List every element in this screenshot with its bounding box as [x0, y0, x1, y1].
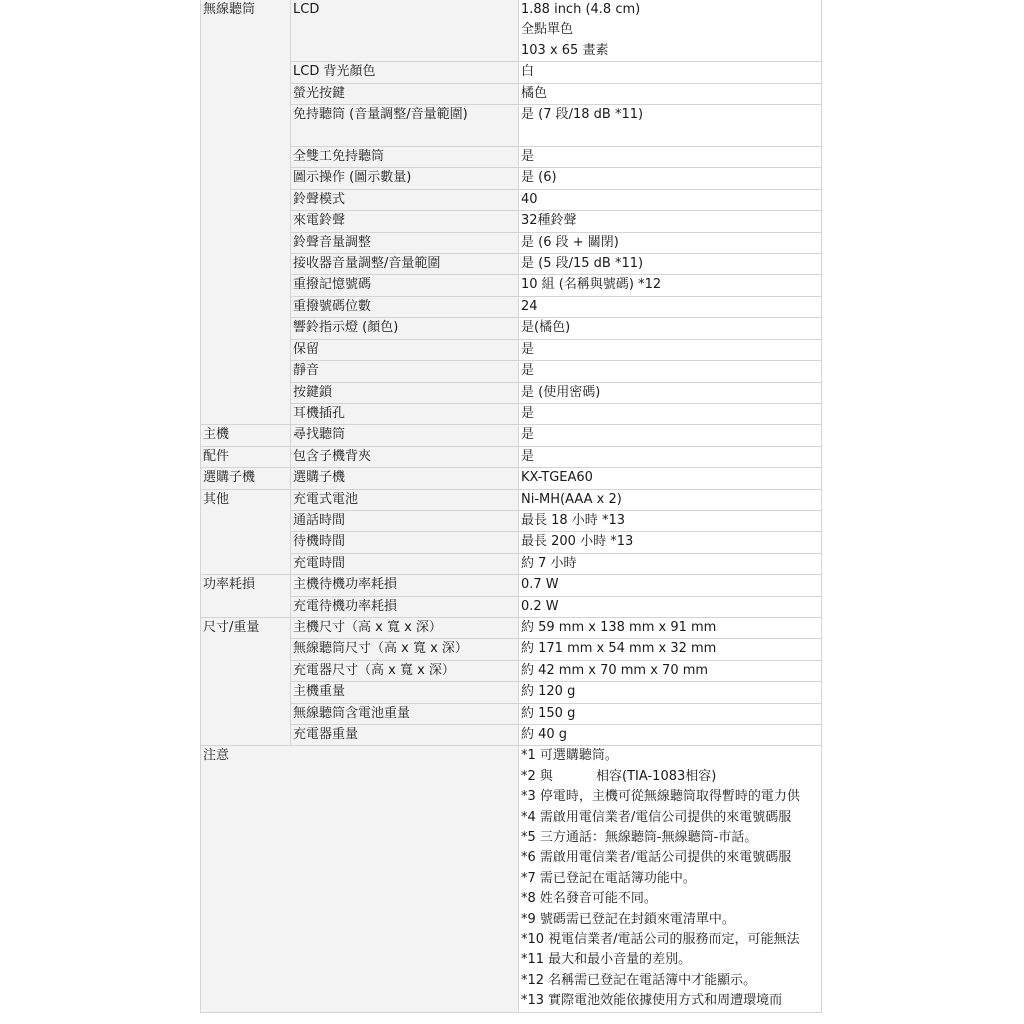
spec-value: 是 (6) [519, 168, 822, 189]
note-item: *3 停電時，主機可從無線聽筒取得暫時的電力供 [521, 787, 819, 807]
note-item: *11 最大和最小音量的差別。 [521, 950, 819, 970]
spec-value: 是 [519, 425, 822, 446]
spec-value: Ni-MH(AAA x 2) [519, 489, 822, 510]
spec-label: LCD [291, 0, 519, 62]
spec-label: 無線聽筒含電池重量 [291, 703, 519, 724]
spec-value: 橘色 [519, 83, 822, 104]
spec-value: 是 [519, 147, 822, 168]
category-other: 其他 [201, 489, 291, 575]
table-row: 來電鈴聲 32種鈴聲 [201, 211, 822, 232]
notes-list: *1 可選購聽筒。 *2 與 相容(TIA-1083相容) *3 停電時，主機可… [519, 746, 822, 1012]
table-row: 接收器音量調整/音量範圍 是 (5 段/15 dB *11) [201, 254, 822, 275]
spec-value: 最長 200 小時 *13 [519, 532, 822, 553]
spec-label: 重撥記憶號碼 [291, 275, 519, 296]
spec-label: 主機重量 [291, 682, 519, 703]
table-row: 鈴聲模式 40 [201, 189, 822, 210]
table-row: 其他 充電式電池 Ni-MH(AAA x 2) [201, 489, 822, 510]
table-row: 充電待機功率耗損 0.2 W [201, 596, 822, 617]
spec-label: 鈴聲音量調整 [291, 232, 519, 253]
spec-label: 鈴聲模式 [291, 189, 519, 210]
spec-value: 白 [519, 62, 822, 83]
spec-value: 是 [519, 339, 822, 360]
spec-label: 靜音 [291, 361, 519, 382]
table-row: 螢光按鍵 橘色 [201, 83, 822, 104]
table-row: 充電器尺寸（高 x 寬 x 深） 約 42 mm x 70 mm x 70 mm [201, 660, 822, 681]
table-row: 配件 包含子機背夾 是 [201, 446, 822, 467]
note-item: *7 需已登記在電話簿功能中。 [521, 869, 819, 889]
spec-value: 40 [519, 189, 822, 210]
table-row: 保留 是 [201, 339, 822, 360]
note-item: *13 實際電池效能依據使用方式和周遭環境而 [521, 991, 819, 1011]
note-item: *9 號碼需已登記在封鎖來電清單中。 [521, 910, 819, 930]
spec-label: 包含子機背夾 [291, 446, 519, 467]
spec-value: 約 7 小時 [519, 553, 822, 574]
spec-label: 待機時間 [291, 532, 519, 553]
table-row: 無線聽筒尺寸（高 x 寬 x 深） 約 171 mm x 54 mm x 32 … [201, 639, 822, 660]
table-row: 耳機插孔 是 [201, 403, 822, 424]
note-item: *10 視電信業者/電話公司的服務而定，可能無法 [521, 930, 819, 950]
spec-value: 約 42 mm x 70 mm x 70 mm [519, 660, 822, 681]
category-cordless-handset: 無線聽筒 [201, 0, 291, 425]
spec-label: 選購子機 [291, 468, 519, 489]
table-row: 全雙工免持聽筒 是 [201, 147, 822, 168]
spec-label: 螢光按鍵 [291, 83, 519, 104]
spec-label: 主機尺寸（高 x 寬 x 深） [291, 617, 519, 638]
table-row: 通話時間 最長 18 小時 *13 [201, 510, 822, 531]
table-row: 重撥記憶號碼 10 組 (名稱與號碼) *12 [201, 275, 822, 296]
table-row: 無線聽筒 LCD 1.88 inch (4.8 cm) 全點單色 103 x 6… [201, 0, 822, 62]
spec-label: 充電器尺寸（高 x 寬 x 深） [291, 660, 519, 681]
table-row: 圖示操作 (圖示數量) 是 (6) [201, 168, 822, 189]
spec-value: 是 (7 段/18 dB *11) [519, 105, 822, 147]
table-row: 鈴聲音量調整 是 (6 段 + 關閉) [201, 232, 822, 253]
spec-value: 是 (6 段 + 關閉) [519, 232, 822, 253]
category-accessories: 配件 [201, 446, 291, 467]
spec-label: 充電式電池 [291, 489, 519, 510]
spec-value: 32種鈴聲 [519, 211, 822, 232]
table-row: 響鈴指示燈 (顏色) 是(橘色) [201, 318, 822, 339]
spec-label: 響鈴指示燈 (顏色) [291, 318, 519, 339]
spec-label: 充電待機功率耗損 [291, 596, 519, 617]
spec-value: 10 組 (名稱與號碼) *12 [519, 275, 822, 296]
table-row: LCD 背光顏色 白 [201, 62, 822, 83]
spec-label: 充電時間 [291, 553, 519, 574]
table-row: 免持聽筒 (音量調整/音量範圍) 是 (7 段/18 dB *11) [201, 105, 822, 147]
spec-value: 約 40 g [519, 725, 822, 746]
spec-label: 充電器重量 [291, 725, 519, 746]
spec-label: 主機待機功率耗損 [291, 575, 519, 596]
spec-label: 按鍵鎖 [291, 382, 519, 403]
table-row: 尺寸/重量 主機尺寸（高 x 寬 x 深） 約 59 mm x 138 mm x… [201, 617, 822, 638]
spec-value: 是(橘色) [519, 318, 822, 339]
spec-value: 24 [519, 296, 822, 317]
note-item: *6 需啟用電信業者/電話公司提供的來電號碼服 [521, 848, 819, 868]
table-row: 主機重量 約 120 g [201, 682, 822, 703]
spec-label: 免持聽筒 (音量調整/音量範圍) [291, 105, 519, 147]
spec-table: 無線聽筒 LCD 1.88 inch (4.8 cm) 全點單色 103 x 6… [200, 0, 822, 1013]
spec-label: 耳機插孔 [291, 403, 519, 424]
table-row: 選購子機 選購子機 KX-TGEA60 [201, 468, 822, 489]
spec-value: 約 120 g [519, 682, 822, 703]
spec-value: 約 150 g [519, 703, 822, 724]
spec-label: 圖示操作 (圖示數量) [291, 168, 519, 189]
spec-value: 是 [519, 446, 822, 467]
table-row: 充電時間 約 7 小時 [201, 553, 822, 574]
spec-label: 接收器音量調整/音量範圍 [291, 254, 519, 275]
table-row: 按鍵鎖 是 (使用密碼) [201, 382, 822, 403]
notes-label: 注意 [201, 746, 519, 1012]
spec-label: 通話時間 [291, 510, 519, 531]
notes-row: 注意 *1 可選購聽筒。 *2 與 相容(TIA-1083相容) *3 停電時，… [201, 746, 822, 1012]
category-power-consumption: 功率耗損 [201, 575, 291, 618]
value-line: 1.88 inch (4.8 cm) [521, 0, 819, 20]
category-dimensions-weight: 尺寸/重量 [201, 617, 291, 745]
spec-value: 1.88 inch (4.8 cm) 全點單色 103 x 65 畫素 [519, 0, 822, 62]
note-item: *1 可選購聽筒。 [521, 746, 819, 766]
table-row: 充電器重量 約 40 g [201, 725, 822, 746]
table-row: 重撥號碼位數 24 [201, 296, 822, 317]
spec-value: 是 [519, 403, 822, 424]
spec-label: 全雙工免持聽筒 [291, 147, 519, 168]
note-item: *12 名稱需已登記在電話簿中才能顯示。 [521, 971, 819, 991]
note-item: *8 姓名發音可能不同。 [521, 889, 819, 909]
spec-label: 來電鈴聲 [291, 211, 519, 232]
spec-value: 約 171 mm x 54 mm x 32 mm [519, 639, 822, 660]
spec-value: 約 59 mm x 138 mm x 91 mm [519, 617, 822, 638]
value-line: 全點單色 [521, 20, 819, 40]
spec-value: 0.2 W [519, 596, 822, 617]
table-row: 無線聽筒含電池重量 約 150 g [201, 703, 822, 724]
table-row: 靜音 是 [201, 361, 822, 382]
table-row: 功率耗損 主機待機功率耗損 0.7 W [201, 575, 822, 596]
spec-label: 無線聽筒尺寸（高 x 寬 x 深） [291, 639, 519, 660]
value-line: 103 x 65 畫素 [521, 41, 819, 61]
note-item: *5 三方通話：無線聽筒-無線聽筒-市話。 [521, 828, 819, 848]
note-item: *2 與 相容(TIA-1083相容) [521, 767, 819, 787]
spec-value: 是 (使用密碼) [519, 382, 822, 403]
table-row: 待機時間 最長 200 小時 *13 [201, 532, 822, 553]
spec-label: LCD 背光顏色 [291, 62, 519, 83]
spec-label: 保留 [291, 339, 519, 360]
spec-value: KX-TGEA60 [519, 468, 822, 489]
spec-value: 是 (5 段/15 dB *11) [519, 254, 822, 275]
spec-label: 重撥號碼位數 [291, 296, 519, 317]
category-optional-handset: 選購子機 [201, 468, 291, 489]
note-item: *4 需啟用電信業者/電信公司提供的來電號碼服 [521, 808, 819, 828]
spec-label: 尋找聽筒 [291, 425, 519, 446]
spec-value: 0.7 W [519, 575, 822, 596]
table-row: 主機 尋找聽筒 是 [201, 425, 822, 446]
category-base-unit: 主機 [201, 425, 291, 446]
spec-value: 最長 18 小時 *13 [519, 510, 822, 531]
spec-value: 是 [519, 361, 822, 382]
